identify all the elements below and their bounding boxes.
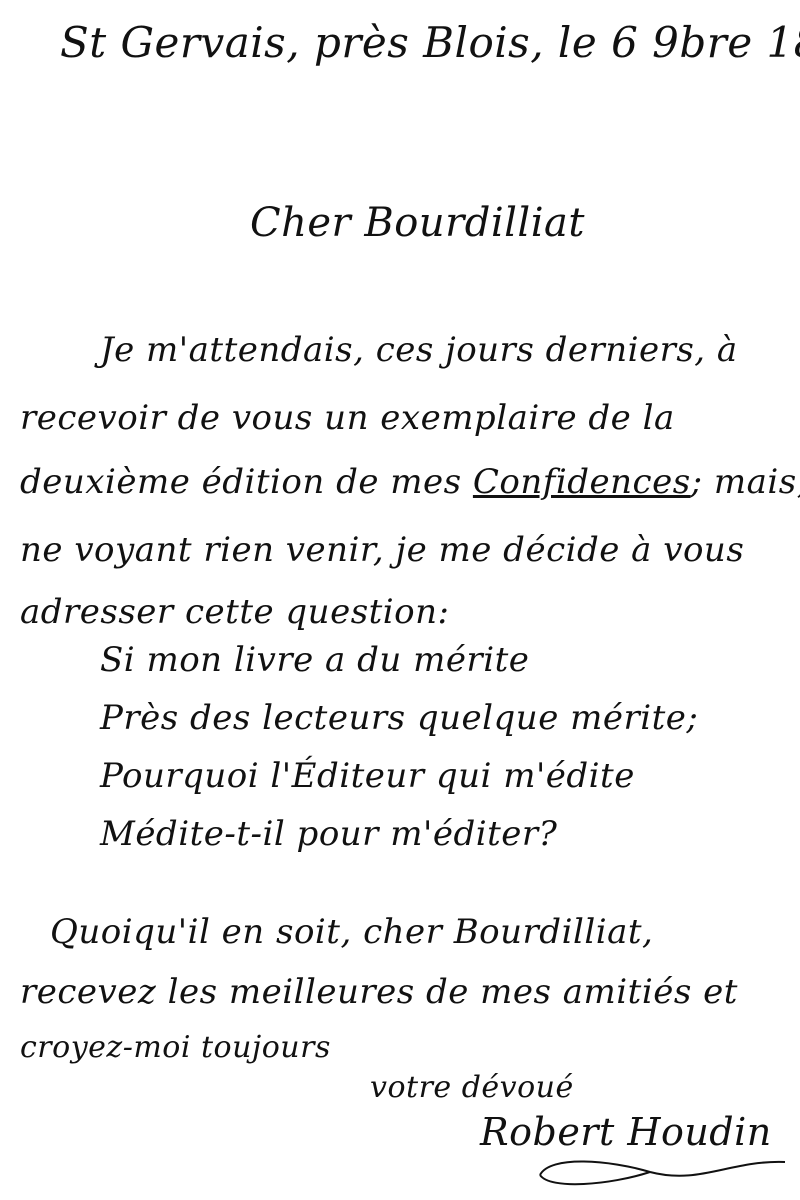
verse-line-3: Pourquoi l'Éditeur qui m'édite (100, 756, 635, 796)
verse-line-1: Si mon livre a du mérite (100, 640, 529, 680)
salutation: Cher Bourdilliat (250, 200, 585, 246)
closing-line-2: recevez les meilleures de mes amitiés et (20, 972, 738, 1012)
closing-line-3: croyez-moi toujours (20, 1030, 331, 1065)
book-title-confidences: Confidences (473, 462, 691, 502)
body-line-3-end: ; mais, (691, 462, 800, 502)
body-line-4: ne voyant rien venir, je me décide à vou… (20, 530, 744, 570)
body-line-3: deuxième édition de mes Confidences; mai… (20, 462, 800, 502)
body-line-1: Je m'attendais, ces jours derniers, à (100, 330, 738, 370)
body-line-3-start: deuxième édition de mes (20, 462, 473, 502)
signature-flourish-icon (530, 1150, 790, 1190)
body-line-2: recevoir de vous un exemplaire de la (20, 398, 675, 438)
signature: Robert Houdin (480, 1110, 772, 1154)
body-line-5: adresser cette question: (20, 592, 450, 632)
verse-line-2: Près des lecteurs quelque mérite; (100, 698, 698, 738)
dateline: St Gervais, près Blois, le 6 9bre 1860 (60, 18, 800, 67)
closing-line-1: Quoiqu'il en soit, cher Bourdilliat, (50, 912, 653, 952)
verse-line-4: Médite-t-il pour m'éditer? (100, 814, 557, 854)
valediction: votre dévoué (370, 1070, 574, 1105)
